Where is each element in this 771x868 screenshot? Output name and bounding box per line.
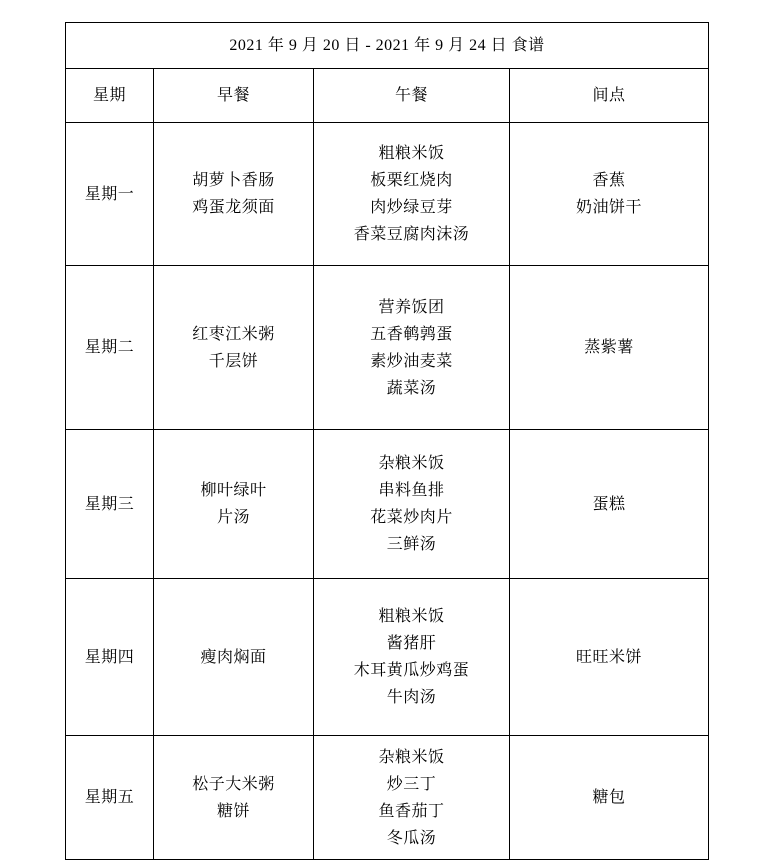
breakfast-cell: 松子大米粥糖饼	[154, 736, 314, 860]
dish-line: 鸡蛋龙须面	[154, 194, 313, 221]
dish-line: 千层饼	[154, 348, 313, 375]
snack-cell: 蛋糕	[510, 430, 709, 579]
day-cell: 星期一	[66, 123, 154, 266]
dish-line: 粗粮米饭	[314, 603, 509, 630]
breakfast-cell: 红枣江米粥千层饼	[154, 266, 314, 430]
lunch-cell: 粗粮米饭板栗红烧肉肉炒绿豆芽香菜豆腐肉沫汤	[314, 123, 510, 266]
table-title: 2021 年 9 月 20 日 - 2021 年 9 月 24 日 食谱	[66, 23, 709, 69]
dish-line: 柳叶绿叶	[154, 477, 313, 504]
dish-line: 胡萝卜香肠	[154, 167, 313, 194]
dish-line: 星期四	[66, 644, 153, 671]
dish-line: 松子大米粥	[154, 771, 313, 798]
dish-line: 星期一	[66, 181, 153, 208]
snack-cell: 蒸紫薯	[510, 266, 709, 430]
day-cell: 星期三	[66, 430, 154, 579]
dish-line: 花菜炒肉片	[314, 504, 509, 531]
title-row: 2021 年 9 月 20 日 - 2021 年 9 月 24 日 食谱	[66, 23, 709, 69]
dish-line: 糖饼	[154, 798, 313, 825]
table-row: 星期一胡萝卜香肠鸡蛋龙须面粗粮米饭板栗红烧肉肉炒绿豆芽香菜豆腐肉沫汤香蕉奶油饼干	[66, 123, 709, 266]
column-header-weekday: 星期	[66, 69, 154, 123]
dish-line: 星期三	[66, 491, 153, 518]
column-header-lunch: 午餐	[314, 69, 510, 123]
dish-line: 三鲜汤	[314, 531, 509, 558]
dish-line: 鱼香茄丁	[314, 798, 509, 825]
dish-line: 奶油饼干	[510, 194, 708, 221]
menu-rows: 星期一胡萝卜香肠鸡蛋龙须面粗粮米饭板栗红烧肉肉炒绿豆芽香菜豆腐肉沫汤香蕉奶油饼干…	[66, 123, 709, 860]
dish-line: 冬瓜汤	[314, 825, 509, 852]
breakfast-cell: 胡萝卜香肠鸡蛋龙须面	[154, 123, 314, 266]
day-cell: 星期五	[66, 736, 154, 860]
dish-line: 素炒油麦菜	[314, 348, 509, 375]
table-row: 星期四瘦肉焖面粗粮米饭酱猪肝木耳黄瓜炒鸡蛋牛肉汤旺旺米饼	[66, 579, 709, 736]
lunch-cell: 杂粮米饭串料鱼排花菜炒肉片三鲜汤	[314, 430, 510, 579]
column-header-snack: 间点	[510, 69, 709, 123]
dish-line: 香菜豆腐肉沫汤	[314, 221, 509, 248]
snack-cell: 旺旺米饼	[510, 579, 709, 736]
dish-line: 蒸紫薯	[510, 334, 708, 361]
dish-line: 蔬菜汤	[314, 375, 509, 402]
dish-line: 酱猪肝	[314, 630, 509, 657]
dish-line: 木耳黄瓜炒鸡蛋	[314, 657, 509, 684]
dish-line: 星期五	[66, 784, 153, 811]
menu-table: 2021 年 9 月 20 日 - 2021 年 9 月 24 日 食谱 星期 …	[65, 22, 709, 860]
table-row: 星期二红枣江米粥千层饼营养饭团五香鹌鹑蛋素炒油麦菜蔬菜汤蒸紫薯	[66, 266, 709, 430]
dish-line: 片汤	[154, 504, 313, 531]
snack-cell: 糖包	[510, 736, 709, 860]
dish-line: 杂粮米饭	[314, 744, 509, 771]
lunch-cell: 粗粮米饭酱猪肝木耳黄瓜炒鸡蛋牛肉汤	[314, 579, 510, 736]
column-header-breakfast: 早餐	[154, 69, 314, 123]
dish-line: 粗粮米饭	[314, 140, 509, 167]
dish-line: 炒三丁	[314, 771, 509, 798]
table-row: 星期五松子大米粥糖饼杂粮米饭炒三丁鱼香茄丁冬瓜汤糖包	[66, 736, 709, 860]
breakfast-cell: 柳叶绿叶片汤	[154, 430, 314, 579]
lunch-cell: 杂粮米饭炒三丁鱼香茄丁冬瓜汤	[314, 736, 510, 860]
dish-line: 五香鹌鹑蛋	[314, 321, 509, 348]
header-row: 星期 早餐 午餐 间点	[66, 69, 709, 123]
day-cell: 星期二	[66, 266, 154, 430]
dish-line: 板栗红烧肉	[314, 167, 509, 194]
table-row: 星期三柳叶绿叶片汤杂粮米饭串料鱼排花菜炒肉片三鲜汤蛋糕	[66, 430, 709, 579]
day-cell: 星期四	[66, 579, 154, 736]
dish-line: 旺旺米饼	[510, 644, 708, 671]
dish-line: 肉炒绿豆芽	[314, 194, 509, 221]
snack-cell: 香蕉奶油饼干	[510, 123, 709, 266]
dish-line: 营养饭团	[314, 294, 509, 321]
dish-line: 蛋糕	[510, 491, 708, 518]
document-page: 2021 年 9 月 20 日 - 2021 年 9 月 24 日 食谱 星期 …	[0, 0, 771, 868]
dish-line: 星期二	[66, 334, 153, 361]
dish-line: 香蕉	[510, 167, 708, 194]
dish-line: 杂粮米饭	[314, 450, 509, 477]
dish-line: 瘦肉焖面	[154, 644, 313, 671]
lunch-cell: 营养饭团五香鹌鹑蛋素炒油麦菜蔬菜汤	[314, 266, 510, 430]
dish-line: 糖包	[510, 784, 708, 811]
dish-line: 红枣江米粥	[154, 321, 313, 348]
breakfast-cell: 瘦肉焖面	[154, 579, 314, 736]
dish-line: 串料鱼排	[314, 477, 509, 504]
dish-line: 牛肉汤	[314, 684, 509, 711]
